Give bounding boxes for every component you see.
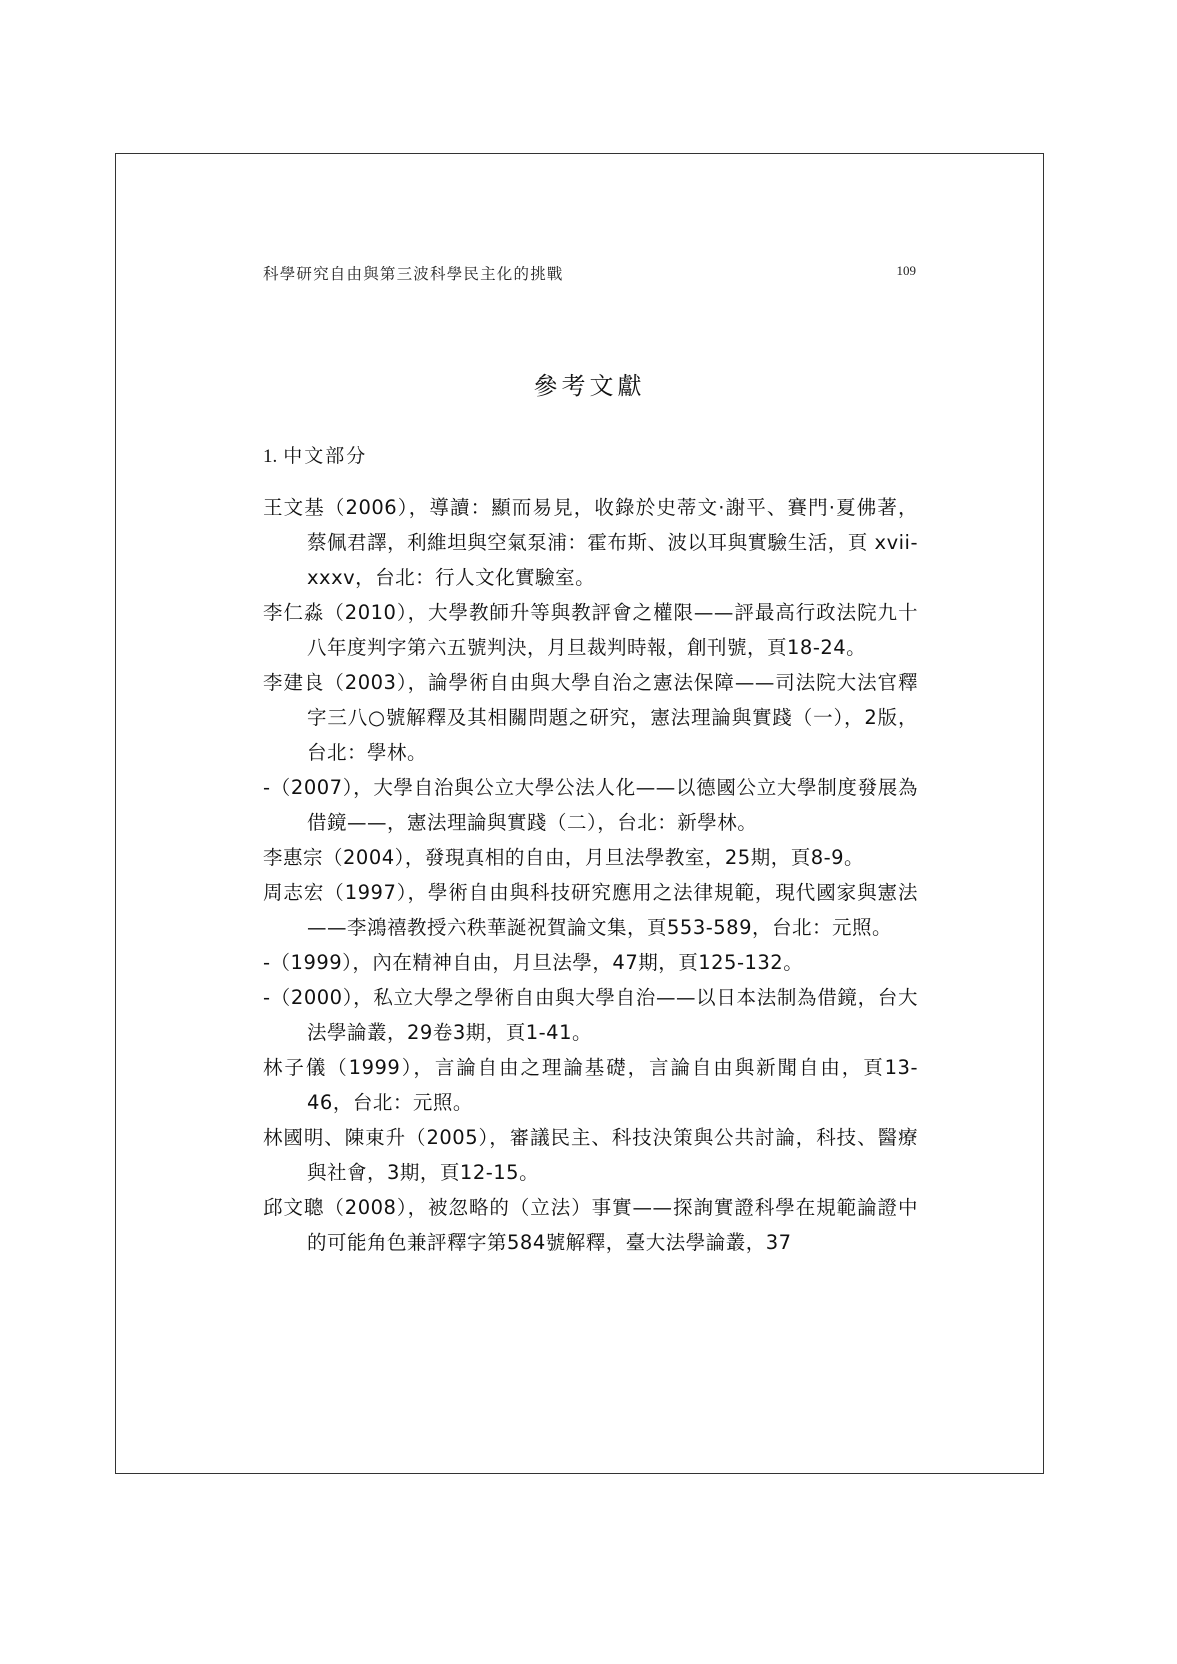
reference-list: 王文基（2006），導讀：顯而易見，收錄於史蒂文·謝平、賽門·夏佛著，蔡佩君譯，… bbox=[263, 490, 918, 1260]
running-title: 科學研究自由與第三波科學民主化的挑戰 bbox=[263, 262, 564, 284]
running-header: 科學研究自由與第三波科學民主化的挑戰 109 bbox=[263, 262, 916, 284]
reference-item: 李惠宗（2004），發現真相的自由，月旦法學教室，25期，頁8-9。 bbox=[263, 840, 918, 875]
reference-item: 周志宏（1997），學術自由與科技研究應用之法律規範，現代國家與憲法——李鴻禧教… bbox=[263, 875, 918, 945]
reference-item: -（1999），內在精神自由，月旦法學，47期，頁125-132。 bbox=[263, 945, 918, 980]
subsection-title: 1.中文部分 bbox=[263, 441, 367, 468]
reference-item: 林子儀（1999），言論自由之理論基礎，言論自由與新聞自由，頁13-46，台北：… bbox=[263, 1050, 918, 1120]
reference-item: -（2000），私立大學之學術自由與大學自治——以日本法制為借鏡，台大法學論叢，… bbox=[263, 980, 918, 1050]
section-title: 參考文獻 bbox=[263, 366, 916, 401]
subsection-label: 中文部分 bbox=[283, 445, 367, 467]
reference-item: 林國明、陳東升（2005），審議民主、科技決策與公共討論，科技、醫療與社會，3期… bbox=[263, 1120, 918, 1190]
reference-item: 邱文聰（2008），被忽略的（立法）事實——探詢實證科學在規範論證中的可能角色兼… bbox=[263, 1190, 918, 1260]
reference-item: 李建良（2003），論學術自由與大學自治之憲法保障——司法院大法官釋字三八○號解… bbox=[263, 665, 918, 770]
subsection-number: 1. bbox=[263, 446, 277, 467]
page-number: 109 bbox=[897, 263, 917, 279]
reference-item: 李仁淼（2010），大學教師升等與教評會之權限——評最高行政法院九十八年度判字第… bbox=[263, 595, 918, 665]
reference-item: -（2007），大學自治與公立大學公法人化——以德國公立大學制度發展為借鏡——，… bbox=[263, 770, 918, 840]
reference-item: 王文基（2006），導讀：顯而易見，收錄於史蒂文·謝平、賽門·夏佛著，蔡佩君譯，… bbox=[263, 490, 918, 595]
